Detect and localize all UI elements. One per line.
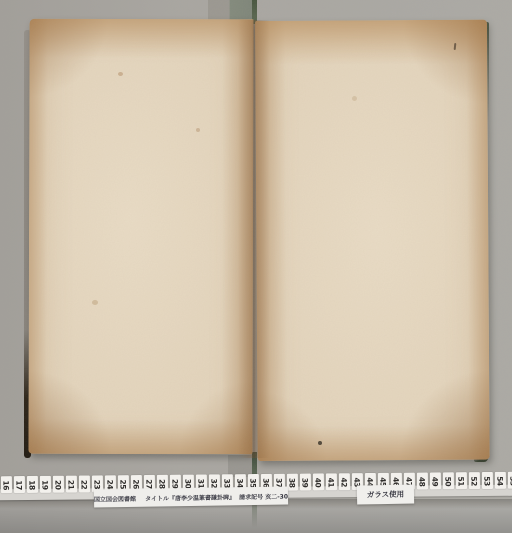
ruler-tab: 39 — [300, 474, 311, 491]
ruler-number: 54 — [496, 476, 505, 486]
ruler-tab: 21 — [66, 476, 77, 493]
bottom-vignette — [0, 506, 512, 533]
ruler-number: 28 — [158, 479, 167, 489]
ruler-tab: 22 — [79, 475, 90, 492]
ruler-tab: 52 — [469, 472, 480, 489]
ruler-number: 39 — [301, 477, 310, 487]
ruler-number: 55 — [509, 476, 512, 486]
ruler-tab: 51 — [456, 472, 467, 489]
ruler-number: 40 — [314, 477, 323, 487]
foxing-speck — [92, 300, 98, 305]
catalog-label: 国立国会図書館 タイトル『唐李少温篆書謙卦碑』 請求記号 亥二-30 — [94, 486, 288, 507]
ruler-number: 18 — [28, 480, 37, 490]
ruler-number: 22 — [80, 479, 89, 489]
glass-usage-label: ガラス使用 — [357, 484, 414, 504]
title-text: タイトル『唐李少温篆書謙卦碑』 — [145, 492, 235, 502]
call-number: 請求記号 亥二-30 — [239, 491, 288, 501]
ruler-number: 17 — [15, 480, 24, 490]
ruler-number: 19 — [41, 480, 50, 490]
ruler-number: 41 — [327, 477, 336, 487]
ruler-number: 33 — [223, 478, 232, 488]
ruler-tab: 48 — [417, 473, 428, 490]
ruler-tab: 40 — [313, 473, 324, 490]
ruler-number: 32 — [210, 478, 219, 488]
ruler-number: 53 — [483, 476, 492, 486]
ruler-number: 35 — [249, 478, 258, 488]
ruler-number: 31 — [197, 478, 206, 488]
foxing-speck — [196, 128, 200, 132]
ruler-number: 24 — [106, 479, 115, 489]
gutter-shadow — [238, 20, 270, 458]
ruler-number: 52 — [470, 476, 479, 486]
ruler-number: 29 — [171, 478, 180, 488]
right-blank-page — [255, 20, 490, 461]
ruler-number: 38 — [288, 477, 297, 487]
foxing-speck — [352, 96, 357, 101]
foxing-speck — [318, 441, 322, 445]
ruler-number: 50 — [444, 476, 453, 486]
ruler-number: 49 — [431, 476, 440, 486]
ruler-tab: 53 — [482, 472, 493, 489]
left-blank-page — [28, 19, 253, 455]
ruler-tab: 20 — [53, 476, 64, 493]
ruler-number: 16 — [2, 480, 11, 490]
ruler-tab: 55 — [508, 472, 512, 489]
ruler-number: 27 — [145, 479, 154, 489]
ruler-number: 26 — [132, 479, 141, 489]
foxing-speck — [118, 72, 123, 76]
ruler-number: 34 — [236, 478, 245, 488]
ruler-tab: 16 — [1, 476, 12, 493]
ruler-number: 36 — [262, 478, 271, 488]
ruler-tab: 54 — [495, 472, 506, 489]
ruler-tab: 17 — [14, 476, 25, 493]
ruler-tab: 42 — [339, 473, 350, 490]
ruler-number: 25 — [119, 479, 128, 489]
glass-usage-text: ガラス使用 — [367, 489, 404, 501]
ruler-number: 42 — [340, 477, 349, 487]
ruler-number: 21 — [67, 479, 76, 489]
ruler-tab: 19 — [40, 476, 51, 493]
ruler-number: 23 — [93, 479, 102, 489]
ruler-tab: 41 — [326, 473, 337, 490]
ruler-number: 51 — [457, 476, 466, 486]
ruler-tab: 18 — [27, 476, 38, 493]
ruler-tab: 49 — [430, 472, 441, 489]
ruler-tab: 38 — [287, 474, 298, 491]
institution-name: 国立国会図書館 — [94, 493, 136, 503]
ruler-number: 48 — [418, 476, 427, 486]
ruler-number: 30 — [184, 478, 193, 488]
ruler-tab: 50 — [443, 472, 454, 489]
ruler-number: 20 — [54, 479, 63, 489]
book-scan-viewport: 1617181920212223242526272829303132333435… — [0, 0, 512, 533]
